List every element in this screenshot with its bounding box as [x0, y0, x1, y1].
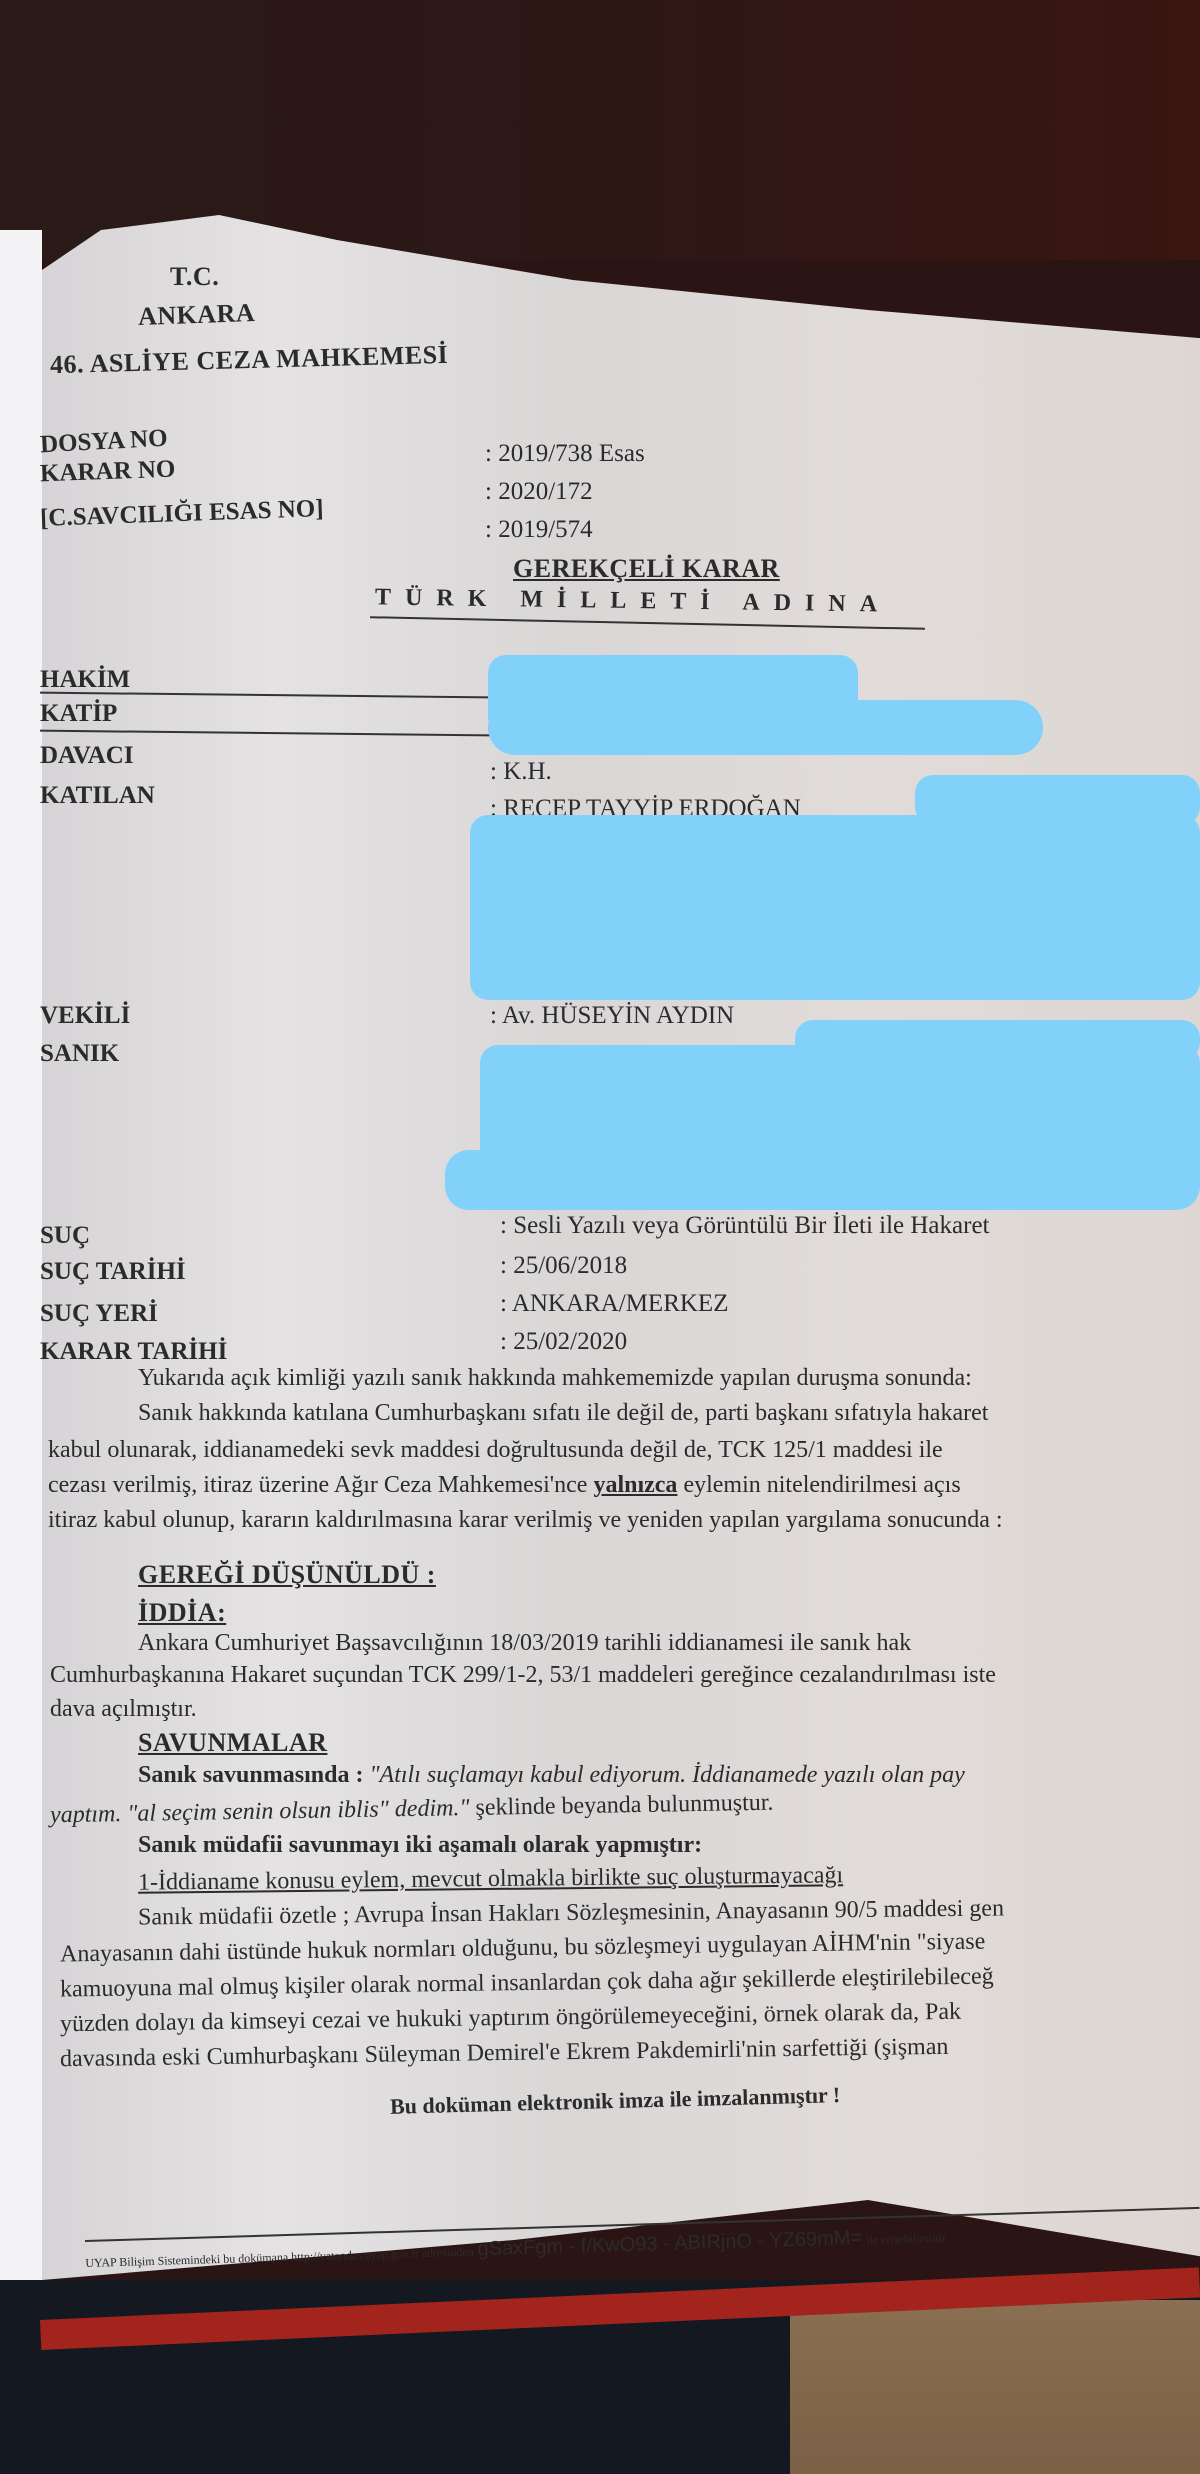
suc-tarihi-label: SUÇ TARİHİ — [40, 1258, 186, 1286]
karar-tarihi-value: : 25/02/2020 — [500, 1328, 627, 1356]
suc-yeri-label: SUÇ YERİ — [40, 1300, 158, 1328]
karar-tarihi-label: KARAR TARİHİ — [40, 1338, 227, 1366]
davaci-label: DAVACI — [40, 742, 134, 770]
redaction-katilan-address — [470, 815, 1200, 1000]
davaci-value: : K.H. — [490, 758, 552, 786]
dosya-no-value: : 2019/738 Esas — [485, 440, 645, 468]
suc-value: : Sesli Yazılı veya Görüntülü Bir İleti … — [500, 1212, 990, 1240]
paragraph2-line3-a: cezası verilmiş, itiraz üzerine Ağır Cez… — [48, 1472, 593, 1498]
iddia-line1: Ankara Cumhuriyet Başsavcılığının 18/03/… — [138, 1630, 911, 1657]
paragraph2-line1: Sanık hakkında katılana Cumhurbaşkanı sı… — [138, 1400, 988, 1427]
emphasis-yalnizca: yalnızca — [593, 1472, 677, 1498]
savunma-line1: Sanık savunmasında : "Atılı suçlamayı ka… — [138, 1762, 965, 1789]
savunma-quote: "Atılı suçlamayı kabul ediyorum. İddiana… — [369, 1762, 964, 1788]
iddia-heading: İDDİA: — [138, 1598, 226, 1628]
paragraph2-line3: cezası verilmiş, itiraz üzerine Ağır Cez… — [48, 1472, 961, 1499]
suc-label: SUÇ — [40, 1222, 90, 1250]
redaction-katip — [488, 700, 1043, 755]
header-city: ANKARA — [138, 298, 256, 332]
savunma-line2-rest: şeklinde beyanda bulunmuştur. — [469, 1790, 773, 1821]
hakim-label: HAKİM — [40, 666, 130, 694]
suc-yeri-value: : ANKARA/MERKEZ — [500, 1290, 728, 1318]
paragraph2-line3-c: eylemin nitelendirilmesi açıs — [677, 1472, 960, 1498]
gereği-dusunuldu-heading: GEREĞİ DÜŞÜNÜLDÜ : — [138, 1560, 436, 1590]
vekili-label: VEKİLİ — [40, 1002, 130, 1030]
footer-suffix: ile erişebilirsiniz — [866, 2230, 947, 2246]
iddia-line3: dava açılmıştır. — [50, 1696, 197, 1723]
karar-no-label: KARAR NO — [40, 456, 176, 489]
intro-paragraph: Yukarıda açık kimliği yazılı sanık hakkı… — [138, 1365, 972, 1392]
savunma-line1-colon: : — [349, 1762, 369, 1788]
karar-no-value: : 2020/172 — [485, 478, 593, 506]
savcilik-no-value: : 2019/574 — [485, 516, 593, 544]
paragraph2-line2: kabul olunarak, iddianamedeki sevk madde… — [48, 1437, 943, 1464]
footer-prefix: UYAP Bilişim Sistemindeki bu dokümana ht… — [85, 2244, 474, 2270]
header-tc: T.C. — [170, 262, 219, 292]
background-left-edge — [0, 230, 42, 2474]
suc-tarihi-value: : 25/06/2018 — [500, 1252, 627, 1280]
savunma-line1-label: Sanık savunmasında — [138, 1762, 349, 1788]
paragraph2-line4: itiraz kabul olunup, kararın kaldırılmas… — [48, 1507, 1003, 1534]
savunmalar-heading: SAVUNMALAR — [138, 1728, 327, 1758]
redaction-sanik-bottom — [445, 1150, 1200, 1210]
katilan-label: KATILAN — [40, 782, 155, 810]
document-title: GEREKÇELİ KARAR — [513, 554, 780, 584]
katip-label: KATİP — [40, 700, 117, 728]
mudafi-heading: Sanık müdafii savunmayı iki aşamalı olar… — [138, 1832, 702, 1859]
vekili-value: : Av. HÜSEYİN AYDIN — [490, 1002, 734, 1030]
sanik-label: SANIK — [40, 1040, 119, 1068]
background-floor — [790, 2300, 1200, 2474]
iddia-line2: Cumhurbaşkanına Hakaret suçundan TCK 299… — [50, 1662, 996, 1689]
